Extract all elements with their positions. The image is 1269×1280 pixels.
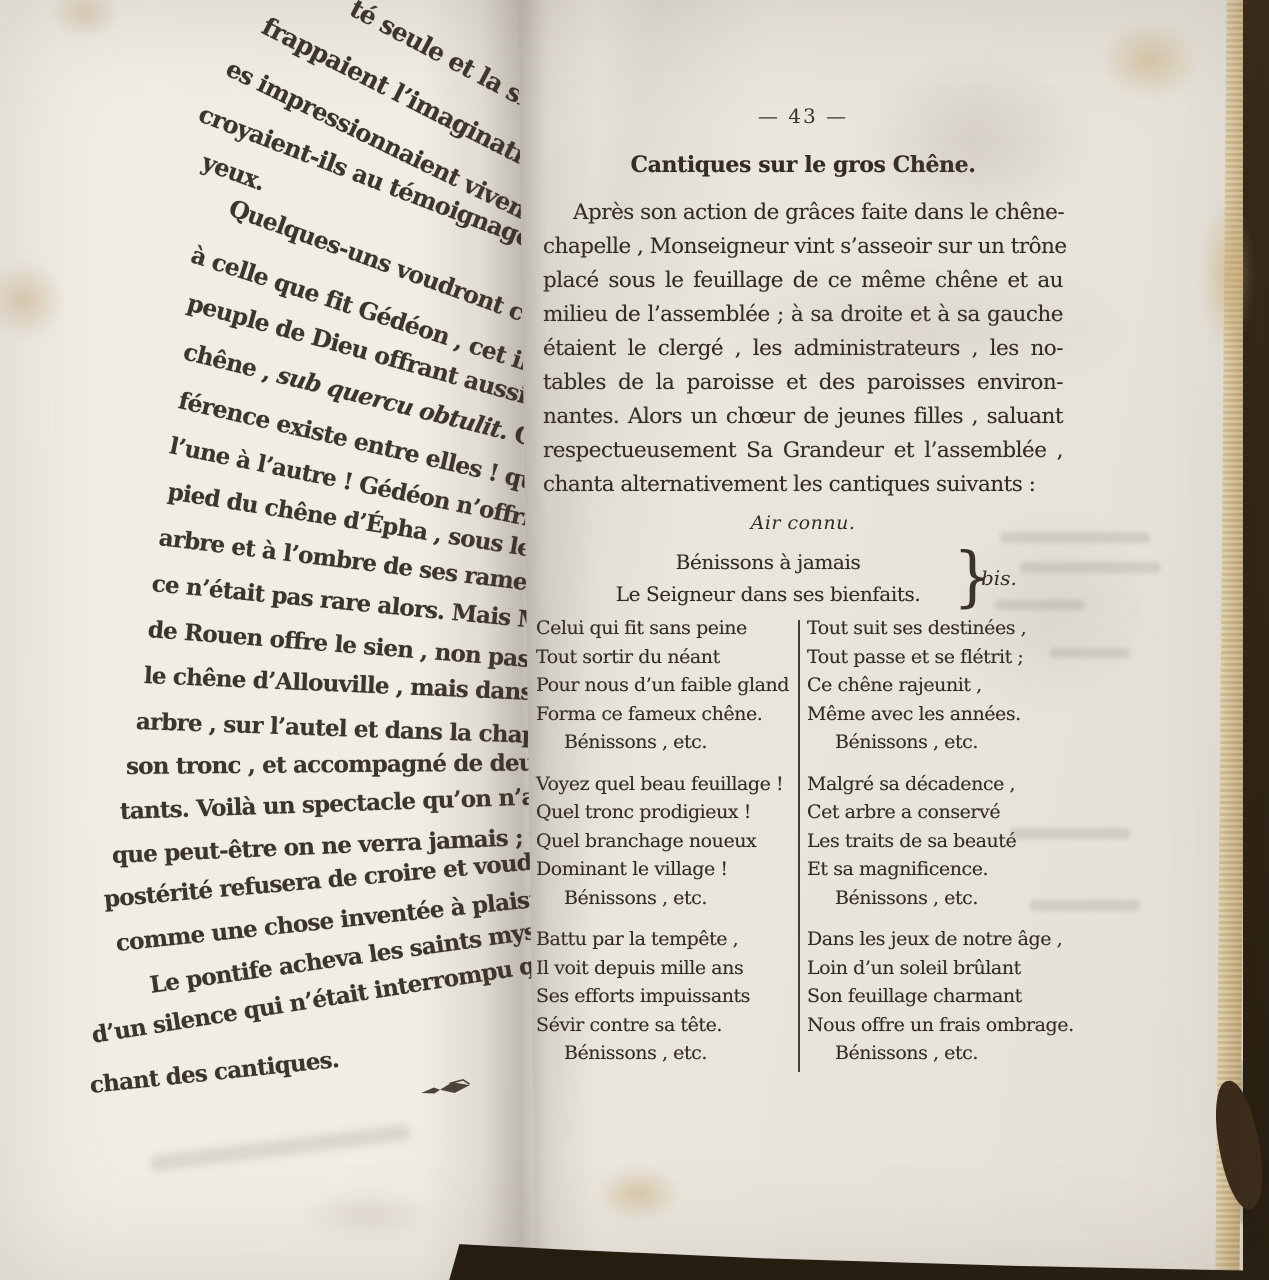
paragraph-line: étaient le clergé , les administrateurs … — [543, 332, 1063, 366]
verse-line: Quel branchage noueux — [536, 827, 792, 856]
left-page-line-fragment: chêne , — [181, 337, 281, 388]
verse-refrain-line: Bénissons , etc. — [807, 884, 1063, 913]
verse-line: Même avec les années. — [807, 700, 1063, 729]
verse-line: Et sa magnificence. — [807, 855, 1063, 884]
paragraph-line: placé sous le feuillage de ce même chêne… — [543, 264, 1063, 298]
right-page: — 43 — Cantiques sur le gros Chêne. Aprè… — [513, 0, 1269, 1280]
chapter-title: Cantiques sur le gros Chêne. — [543, 152, 1063, 178]
verse-line: Voyez quel beau feuillage ! — [536, 770, 792, 799]
paragraph-line: chapelle , Monseigneur vint s’asseoir su… — [543, 230, 1063, 264]
book-cover-right — [1243, 0, 1269, 1280]
verse-refrain-line: Bénissons , etc. — [536, 728, 792, 757]
left-page-line: yeux. — [198, 147, 269, 197]
verse-line: Cet arbre a conservé — [807, 798, 1063, 827]
paragraph-line: chanta alternativement les cantiques sui… — [543, 468, 1063, 502]
left-page-line: chant des cantiques. — [89, 1046, 340, 1099]
verse-line: Tout sortir du néant — [536, 643, 792, 672]
verse-line: Nous offre un frais ombrage. — [807, 1011, 1063, 1040]
verses-right-column: Tout suit ses destinées , Tout passe et … — [807, 614, 1063, 1068]
verse-line: Celui qui fit sans peine — [536, 614, 792, 643]
verse-line: Tout passe et se flétrit ; — [807, 643, 1063, 672]
air-connu-caption: Air connu. — [543, 512, 1063, 534]
verse-line: Dominant le village ! — [536, 855, 792, 884]
end-ornament-icon — [419, 1077, 473, 1101]
paragraph-line: respectueusement Sa Grandeur et l’assemb… — [543, 434, 1063, 468]
refrain-line: Le Seigneur dans ses bienfaits. — [603, 578, 933, 610]
book-photo: té seule et la singu frappaient l’imagin… — [0, 0, 1269, 1280]
verse-line: Pour nous d’un faible gland — [536, 671, 792, 700]
bis-label: bis. — [981, 566, 1017, 590]
verse-line: Battu par la tempête , — [536, 925, 792, 954]
verse-line: Les traits de sa beauté — [807, 827, 1063, 856]
verse-line: Quel tronc prodigieux ! — [536, 798, 792, 827]
paragraph-line: nantes. Alors un chœur de jeunes filles … — [543, 400, 1063, 434]
verses-left-column: Celui qui fit sans peine Tout sortir du … — [536, 614, 792, 1068]
verse-line: Ce chêne rajeunit , — [807, 671, 1063, 700]
intro-paragraph: Après son action de grâces faite dans le… — [543, 196, 1063, 502]
verse-line: Malgré sa décadence , — [807, 770, 1063, 799]
verse-line: Ses efforts impuissants — [536, 982, 792, 1011]
verse-line: Son feuillage charmant — [807, 982, 1063, 1011]
verse-line: Sévir contre sa tête. — [536, 1011, 792, 1040]
verse-line: Loin d’un soleil brûlant — [807, 954, 1063, 983]
paragraph-line: Après son action de grâces faite dans le… — [543, 196, 1063, 230]
verse-refrain-line: Bénissons , etc. — [807, 1039, 1063, 1068]
verse-line: Dans les jeux de notre âge , — [807, 925, 1063, 954]
refrain-block: Bénissons à jamais Le Seigneur dans ses … — [603, 546, 933, 610]
verse-line: Tout suit ses destinées , — [807, 614, 1063, 643]
verse-refrain-line: Bénissons , etc. — [536, 1039, 792, 1068]
page-number: — 43 — — [543, 104, 1063, 128]
verse-line: Il voit depuis mille ans — [536, 954, 792, 983]
verse-line: Forma ce fameux chêne. — [536, 700, 792, 729]
paragraph-line: milieu de l’assemblée ; à sa droite et à… — [543, 298, 1063, 332]
verse-refrain-line: Bénissons , etc. — [536, 884, 792, 913]
refrain-line: Bénissons à jamais — [603, 546, 933, 578]
column-divider — [798, 620, 800, 1072]
paragraph-line: tables de la paroisse et des paroisses e… — [543, 366, 1063, 400]
verse-refrain-line: Bénissons , etc. — [807, 728, 1063, 757]
